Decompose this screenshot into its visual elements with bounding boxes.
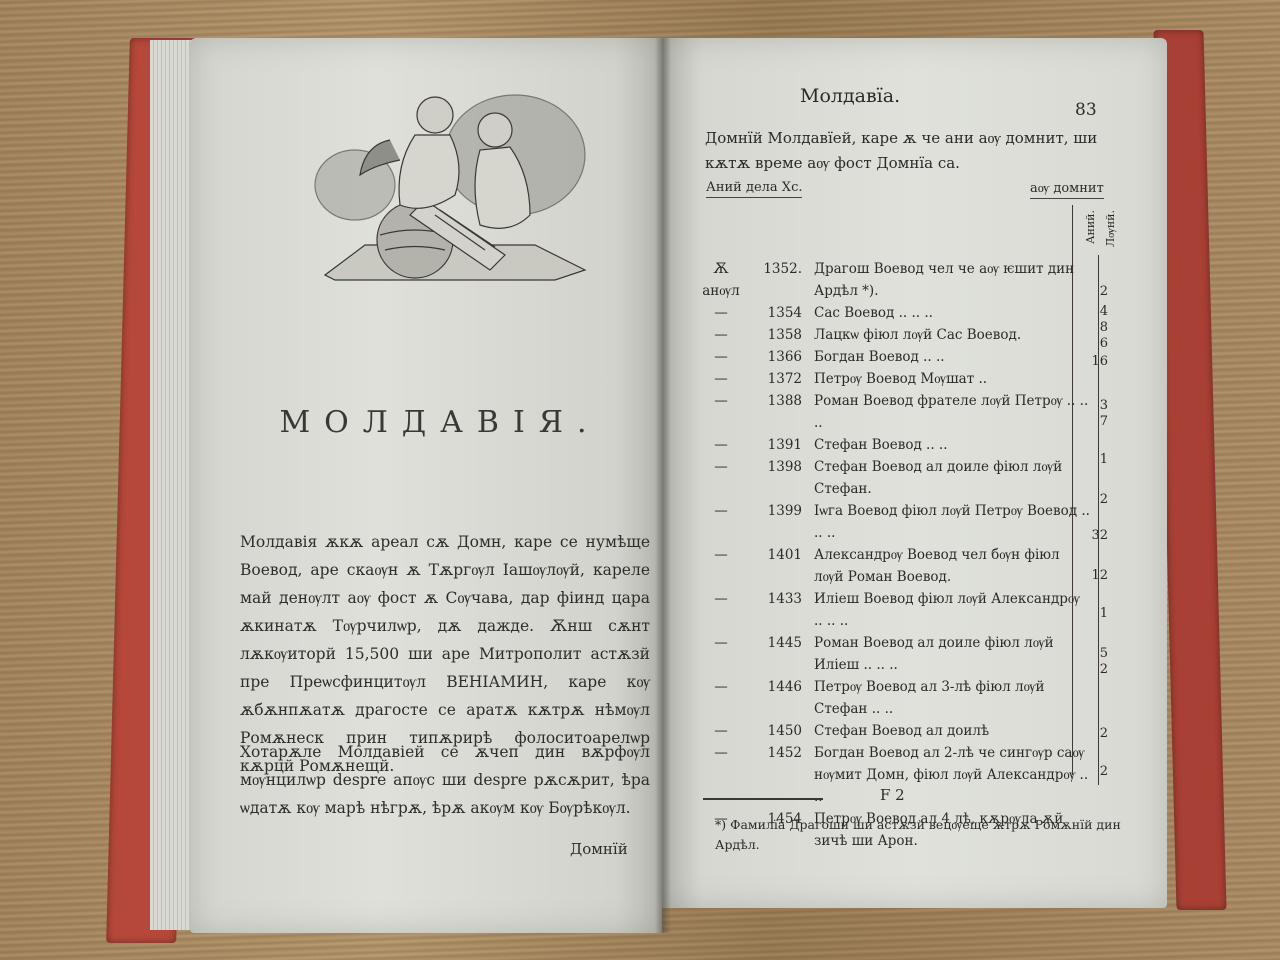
reign-length: 6 — [1080, 336, 1108, 351]
column-header-years-count: Аний. — [1084, 210, 1097, 244]
footnote-rule — [703, 798, 823, 800]
table-row: —1398Стефан Воевод ал доиле фіюл лѹй Сте… — [700, 456, 1090, 500]
column-header-months-count: Лѹнй. — [1104, 210, 1117, 247]
reign-length: 2 — [1080, 726, 1108, 741]
reigns-table: Ѫ анѹл1352.Драгош Воевод чел че аѹ ѥшит … — [700, 258, 1090, 852]
table-intro: Домнїй Молдавїей, каре ѫ че ани аѹ домни… — [705, 126, 1125, 176]
table-row: —1366Богдан Воевод .. .. — [700, 346, 1090, 368]
catchword: Домнїй — [570, 840, 628, 858]
cherubs-woodcut-illustration — [305, 85, 595, 285]
table-row: —1388Роман Воевод фрателе лѹй Петрѹ .. .… — [700, 390, 1090, 434]
table-row: —1354Сас Воевод .. .. .. — [700, 302, 1090, 324]
reign-length: 2 — [1080, 492, 1108, 507]
table-row: Ѫ анѹл1352.Драгош Воевод чел че аѹ ѥшит … — [700, 258, 1090, 302]
table-row: —1450Стефан Воевод ал доилѣ — [700, 720, 1090, 742]
table-row: —1433Иліеш Воевод фіюл лѹй Александрѹ ..… — [700, 588, 1090, 632]
reign-length: 1 — [1080, 606, 1108, 621]
table-row: —1399Іѡга Воевод фіюл лѹй Петрѹ Воевод .… — [700, 500, 1090, 544]
running-head: Молдавїа. — [800, 85, 900, 107]
reign-length: 2 — [1080, 662, 1108, 677]
reign-length: 7 — [1080, 414, 1108, 429]
reign-length: 8 — [1080, 320, 1108, 335]
signature-mark: F 2 — [880, 786, 905, 804]
reign-length: 2 — [1080, 284, 1108, 299]
table-row: —1372Петрѹ Воевод Мѹшат .. — [700, 368, 1090, 390]
page-number: 83 — [1075, 100, 1097, 120]
table-row: —1391Стефан Воевод .. .. — [700, 434, 1090, 456]
book-gutter — [655, 38, 671, 933]
reign-length: 16 — [1080, 354, 1108, 369]
table-row: —1446Петрѹ Воевод ал 3-лѣ фіюл лѹй Стефа… — [700, 676, 1090, 720]
column-header-reigned: аѹ домнит — [1030, 180, 1104, 199]
footnote: *) Фамилїа Драгоши ши астѫзй вецѹеще ѫтр… — [715, 815, 1135, 855]
reign-length: 4 — [1080, 304, 1108, 319]
table-row: —1445Роман Воевод ал доиле фіюл лѹй Иліе… — [700, 632, 1090, 676]
chapter-title: МОЛДАВІЯ. — [240, 405, 640, 440]
paragraph-moldavia-borders: Хотарѫле Молдавіей се ѫчеп дин вѫрфѹл мѹ… — [240, 738, 650, 822]
reign-length: 3 — [1080, 398, 1108, 413]
reign-length: 5 — [1080, 646, 1108, 661]
reign-length: 1 — [1080, 452, 1108, 467]
column-header-years: Аний дела Хс. — [706, 180, 802, 198]
reign-length: 32 — [1080, 528, 1108, 543]
reign-length: 12 — [1080, 568, 1108, 583]
table-row: —1401Александрѹ Воевод чел бѹн фіюл лѹй … — [700, 544, 1090, 588]
table-row: —1358Лацкѡ фіюл лѹй Сас Воевод. — [700, 324, 1090, 346]
reign-length: 2 — [1080, 764, 1108, 779]
